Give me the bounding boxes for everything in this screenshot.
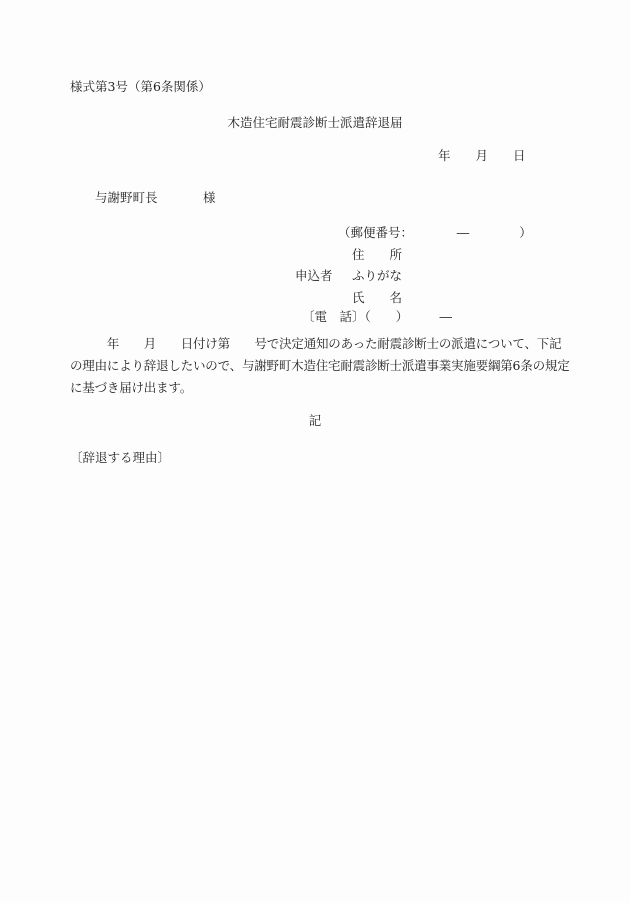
body-text-line-3: に基づき届け出ます。 bbox=[70, 381, 192, 395]
furigana-label: ふりがな bbox=[352, 269, 402, 283]
document-page: 様式第3号（第6条関係） 木造住宅耐震診断士派遣辞退届 年 月 日 与謝野町長 … bbox=[0, 0, 630, 903]
date-line: 年 月 日 bbox=[438, 149, 526, 163]
body-text-line-2: の理由により辞退したいので、与謝野町木造住宅耐震診断士派遣事業実施要綱第6条の規… bbox=[70, 359, 570, 373]
reason-label: 〔辞退する理由〕 bbox=[70, 451, 170, 465]
address-label: 住 所 bbox=[352, 248, 402, 262]
applicant-label: 申込者 bbox=[295, 269, 333, 283]
postal-code-line: （郵便番号： ― ） bbox=[338, 226, 532, 240]
addressee-name: 与謝野町長 bbox=[95, 191, 158, 205]
name-label: 氏 名 bbox=[352, 291, 402, 305]
body-text-line-1: 年 月 日付け第 号で決定通知のあった耐震診断士の派遣について、下記 bbox=[70, 337, 561, 351]
form-number: 様式第3号（第6条関係） bbox=[70, 80, 211, 94]
notation-mark: 記 bbox=[0, 414, 630, 428]
document-title: 木造住宅耐震診断士派遣辞退届 bbox=[0, 116, 630, 130]
phone-line: 〔電 話〕（ ） ― bbox=[302, 310, 452, 324]
addressee-honorific: 様 bbox=[203, 191, 216, 205]
